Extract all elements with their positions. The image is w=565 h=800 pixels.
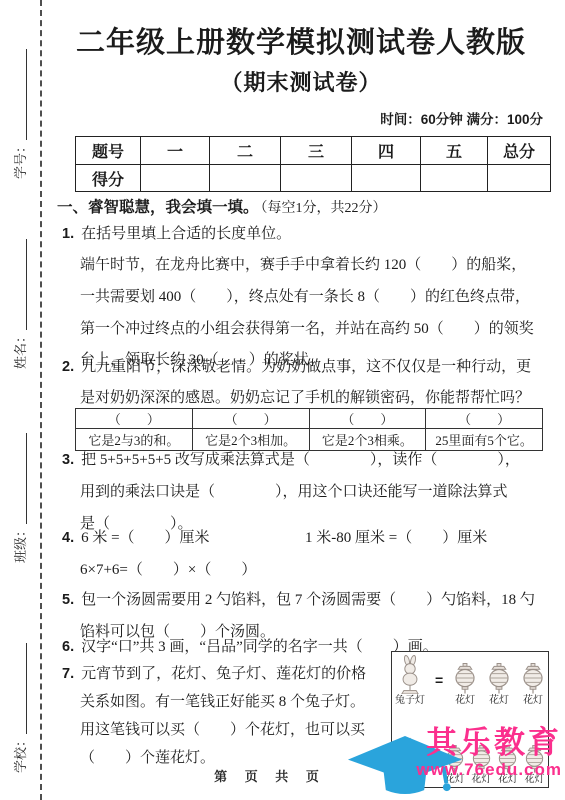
question-2-line: 2.九九重阳节，深深敬老情。为奶奶做点事，这不仅仅是一种行动，更 xyxy=(62,357,531,377)
score-table-score-row: 得分 xyxy=(76,165,551,192)
student-number-blank-line xyxy=(22,49,27,140)
flower-lantern-label: 花灯 xyxy=(489,695,509,706)
rabbit-lantern-equation-row: 兔子灯 = 花灯 花灯 花灯 xyxy=(395,654,545,706)
clue-bracket-cell: （ ） xyxy=(192,409,309,429)
watermark-brand: 其乐教育 xyxy=(416,726,562,760)
question-7-line: （ ）个莲花灯。 xyxy=(80,748,215,768)
clue-bracket-cell: （ ） xyxy=(309,409,426,429)
score-table-header-cell: 题号 xyxy=(76,137,141,165)
question-4-number: 4. xyxy=(62,530,74,546)
question-2-line: 是对奶奶深深的感恩。奶奶忘记了手机的解锁密码，你能帮帮忙吗？ xyxy=(80,388,530,408)
question-4-line: 1 米-80 厘米 =（ ）厘米 xyxy=(305,528,487,548)
question-5-line: 5.包一个汤圆需要用 2 勺馅料，包 7 个汤圆需要（ ）勺馅料，18 勺 xyxy=(62,590,535,610)
question-3-line: 用到的乘法口诀是（ ），用这个口诀还能写一道除法算式 xyxy=(80,482,508,502)
clue-text-cell: 25里面有5个它。 xyxy=(426,429,543,451)
flower-lantern-item: 花灯 xyxy=(487,663,511,706)
paper-title: 二年级上册数学模拟测试卷人教版 xyxy=(55,20,547,61)
score-table-header-cell: 五 xyxy=(421,137,488,165)
question-1-line: 第一个冲过终点的小组会获得第一名，并站在高约 50（ ）的领奖 xyxy=(80,319,534,339)
score-cell-empty xyxy=(352,165,421,192)
section-1-points-note: （每空1分，共22分） xyxy=(261,201,387,216)
question-1-line: 一共需要划 400（ ），终点处有一条长 8（ ）的红色终点带， xyxy=(80,287,530,307)
score-table: 题号 一 二 三 四 五 总分 得分 xyxy=(75,136,551,192)
score-table-header-row: 题号 一 二 三 四 五 总分 xyxy=(76,137,551,165)
paper-subtitle: （期末测试卷） xyxy=(55,66,547,97)
equals-sign: = xyxy=(435,672,443,688)
student-number-label: 学号： xyxy=(10,140,29,179)
question-1-line: 端午时节，在龙舟比赛中，赛手手中拿着长约 120（ ）的船桨， xyxy=(80,255,526,275)
question-6-number: 6. xyxy=(62,639,74,655)
question-3-number: 3. xyxy=(62,452,74,468)
clue-text-cell: 它是2个3相乘。 xyxy=(309,429,426,451)
question-7-number: 7. xyxy=(62,666,74,682)
score-row-label: 得分 xyxy=(76,165,141,192)
watermark: 其乐教育 www.76edu.com xyxy=(346,724,564,800)
rabbit-lantern-item: 兔子灯 xyxy=(395,654,425,706)
question-3-line: 3.把 5+5+5+5+5 改写成乘法算式是（ ），读作（ ）， xyxy=(62,450,520,470)
class-field: 班级： xyxy=(10,433,30,563)
score-cell-empty xyxy=(281,165,352,192)
flower-lantern-label: 花灯 xyxy=(523,695,543,706)
question-4-line: 4.6 米 =（ ）厘米 xyxy=(62,528,210,548)
class-label: 班级： xyxy=(10,524,29,563)
question-7-line: 7.元宵节到了，花灯、兔子灯、莲花灯的价格 xyxy=(62,664,366,684)
question-5-number: 5. xyxy=(62,592,74,608)
name-label: 姓名： xyxy=(10,330,29,369)
test-paper-page: 学号： 姓名： 班级： 学校： 二年级上册数学模拟测试卷人教版 （期末测试卷） … xyxy=(0,0,565,800)
watermark-texts: 其乐教育 www.76edu.com xyxy=(416,726,562,780)
name-blank-line xyxy=(22,239,27,330)
question-7-line: 用这笔钱可以买（ ）个花灯，也可以买 xyxy=(80,720,365,740)
clue-bracket-cell: （ ） xyxy=(426,409,543,429)
name-field: 姓名： xyxy=(10,239,30,369)
score-table-header-cell: 三 xyxy=(281,137,352,165)
binding-dashed-line xyxy=(40,0,42,800)
flower-lantern-label: 花灯 xyxy=(455,695,475,706)
flower-lantern-item: 花灯 xyxy=(521,663,545,706)
clue-text-cell: 它是2与3的和。 xyxy=(76,429,193,451)
watermark-url: www.76edu.com xyxy=(416,760,562,780)
question-1-number: 1. xyxy=(62,226,74,242)
section-1-title: 一、睿智聪慧，我会填一填。 xyxy=(57,199,259,216)
score-table-header-cell: 四 xyxy=(352,137,421,165)
flower-lantern-item: 花灯 xyxy=(453,663,477,706)
score-table-header-cell: 二 xyxy=(210,137,281,165)
flower-lantern-icon xyxy=(453,663,477,694)
clue-bracket-row: （ ） （ ） （ ） （ ） xyxy=(76,409,543,429)
section-1-heading: 一、睿智聪慧，我会填一填。（每空1分，共22分） xyxy=(57,195,387,217)
flower-lantern-icon xyxy=(487,663,511,694)
class-blank-line xyxy=(22,433,27,524)
school-field: 学校： xyxy=(10,643,30,773)
score-cell-empty xyxy=(141,165,210,192)
clue-text-cell: 它是2个3相加。 xyxy=(192,429,309,451)
student-number-field: 学号： xyxy=(10,49,30,179)
rabbit-lantern-label: 兔子灯 xyxy=(395,695,425,706)
clue-bracket-cell: （ ） xyxy=(76,409,193,429)
school-label: 学校： xyxy=(10,734,29,773)
score-table-header-cell: 一 xyxy=(141,137,210,165)
question-7-line: 关系如图。有一笔钱正好能买 8 个兔子灯。 xyxy=(80,692,365,712)
question-1-line: 1.在括号里填上合适的长度单位。 xyxy=(62,224,291,244)
school-blank-line xyxy=(22,643,27,734)
score-table-header-cell: 总分 xyxy=(488,137,551,165)
clue-text-row: 它是2与3的和。 它是2个3相加。 它是2个3相乘。 25里面有5个它。 xyxy=(76,429,543,451)
score-cell-empty xyxy=(421,165,488,192)
flower-lantern-icon xyxy=(521,663,545,694)
score-cell-empty xyxy=(488,165,551,192)
time-and-score-info: 时间：60分钟 满分：100分 xyxy=(55,108,543,128)
password-clue-table: （ ） （ ） （ ） （ ） 它是2与3的和。 它是2个3相加。 它是2个3相… xyxy=(75,408,543,451)
question-4-line: 6×7+6=（ ）×（ ） xyxy=(80,560,256,580)
question-2-number: 2. xyxy=(62,359,74,375)
question-6-line: 6.汉字“口”共 3 画，“吕品”同学的名字一共（ ）画。 xyxy=(62,637,438,657)
rabbit-lantern-icon xyxy=(397,654,423,694)
score-cell-empty xyxy=(210,165,281,192)
